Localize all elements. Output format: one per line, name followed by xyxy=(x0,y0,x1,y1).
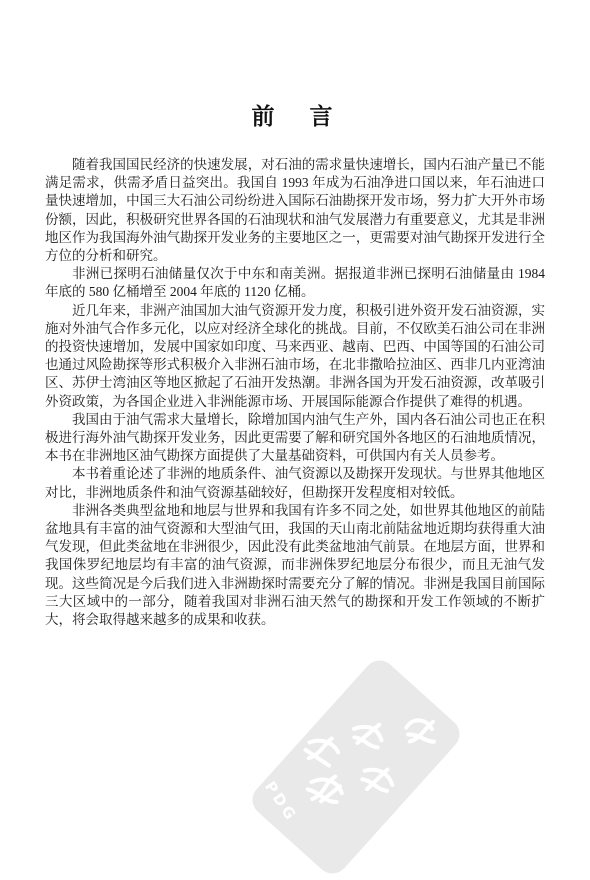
seal-script-glyphs-icon xyxy=(246,654,466,880)
paragraph: 近几年来，非洲产油国加大油气资源开发力度，积极引进外资开发石油资源，实施对外油气… xyxy=(45,302,545,411)
pdg-watermark-stamp: PDG xyxy=(246,654,466,880)
paragraph: 本书着重论述了非洲的地质条件、油气资源以及勘探开发现状。与世界其他地区对比，非洲… xyxy=(45,465,545,501)
paragraph: 非洲已探明石油储量仅次于中东和南美洲。据报道非洲已探明石油储量由 1984 年底… xyxy=(45,265,545,301)
paragraph: 我国由于油气需求大量增长，除增加国内油气生产外，国内各石油公司也正在积极进行海外… xyxy=(45,411,545,466)
paragraph: 非洲各类典型盆地和地层与世界和我国有许多不同之处，如世界其他地区的前陆盆地具有丰… xyxy=(45,502,545,629)
pdg-watermark-label: PDG xyxy=(261,778,301,825)
paragraph: 随着我国国民经济的快速发展，对石油的需求量快速增长，国内石油产量已不能满足需求，… xyxy=(45,156,545,265)
preface-body: 随着我国国民经济的快速发展，对石油的需求量快速增长，国内石油产量已不能满足需求，… xyxy=(45,156,545,629)
page-title: 前 言 xyxy=(0,0,590,131)
preface-page: 前 言 随着我国国民经济的快速发展，对石油的需求量快速增长，国内石油产量已不能满… xyxy=(0,0,590,880)
